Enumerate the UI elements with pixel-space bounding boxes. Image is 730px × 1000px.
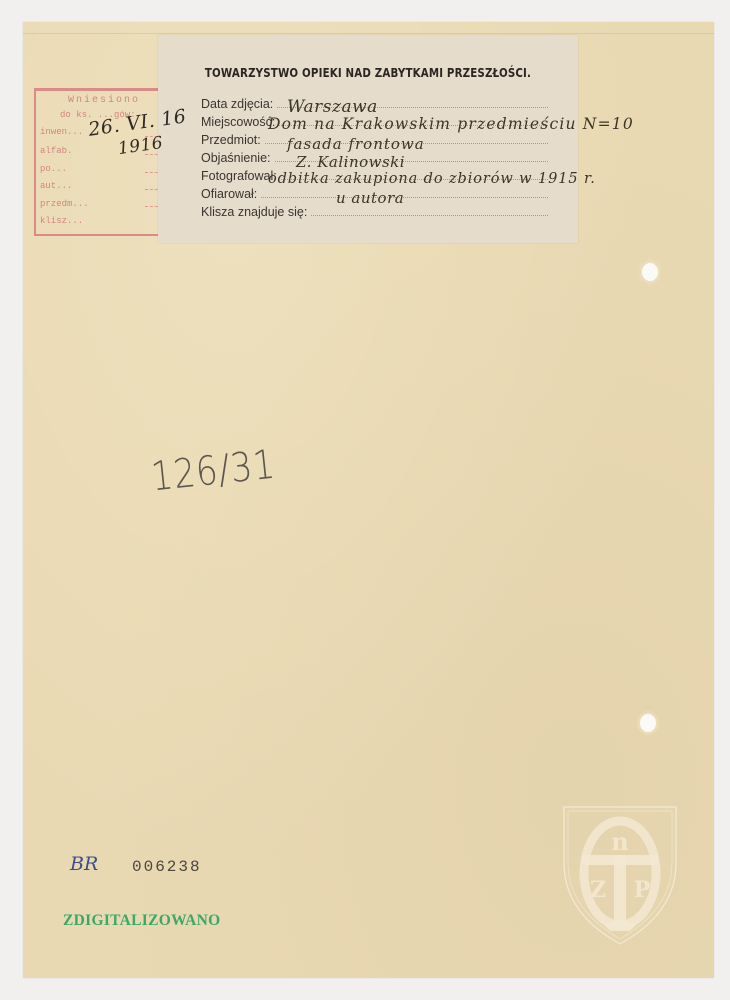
dotted-line [311, 215, 548, 216]
stamp-line-3: inwen... [40, 127, 83, 137]
field-label: Ofiarował: [201, 187, 261, 201]
handwritten-negative-location: u autora [336, 189, 404, 207]
inventory-prefix: BR [70, 853, 98, 875]
svg-text:Z: Z [590, 877, 606, 903]
stamp-line-4: alfab. [40, 146, 72, 156]
card-title: TOWARZYSTWO OPIEKI NAD ZABYTKAMI PRZESZŁ… [196, 65, 540, 80]
stamp-line-8: klisz... [40, 216, 83, 226]
field-label: Przedmiot: [201, 133, 265, 147]
stamp-line-7: przedm... [40, 199, 89, 209]
stamp-line-1: Wniesiono [68, 95, 140, 106]
punch-hole-top [642, 263, 658, 281]
field-label: Objaśnienie: [201, 151, 275, 165]
handwritten-photographer: Z. Kalinowski [296, 153, 405, 171]
stamp-line-6: aut... [40, 181, 72, 191]
dotted-line [261, 197, 548, 198]
field-label: Klisza znajduje się: [201, 205, 311, 219]
handwritten-donor: odbitka zakupiona do zbiorów w 1915 r. [268, 171, 596, 187]
svg-text:P: P [634, 877, 651, 903]
tonzp-emblem-watermark: n Z P [560, 803, 680, 948]
handwritten-subject: Dom na Krakowskim przedmieściu N=10 [268, 115, 634, 133]
paper-fold-line [23, 33, 714, 34]
inventory-number: 006238 [132, 858, 202, 876]
handwritten-description: fasada frontowa [287, 135, 425, 153]
stamp-line-5: po... [40, 164, 67, 174]
punch-hole-bottom [640, 714, 656, 732]
handwritten-location: Warszawa [287, 97, 378, 117]
svg-text:n: n [611, 827, 628, 856]
field-label: Data zdjęcia: [201, 97, 277, 111]
digitized-stamp: ZDIGITALIZOWANO [63, 912, 221, 930]
